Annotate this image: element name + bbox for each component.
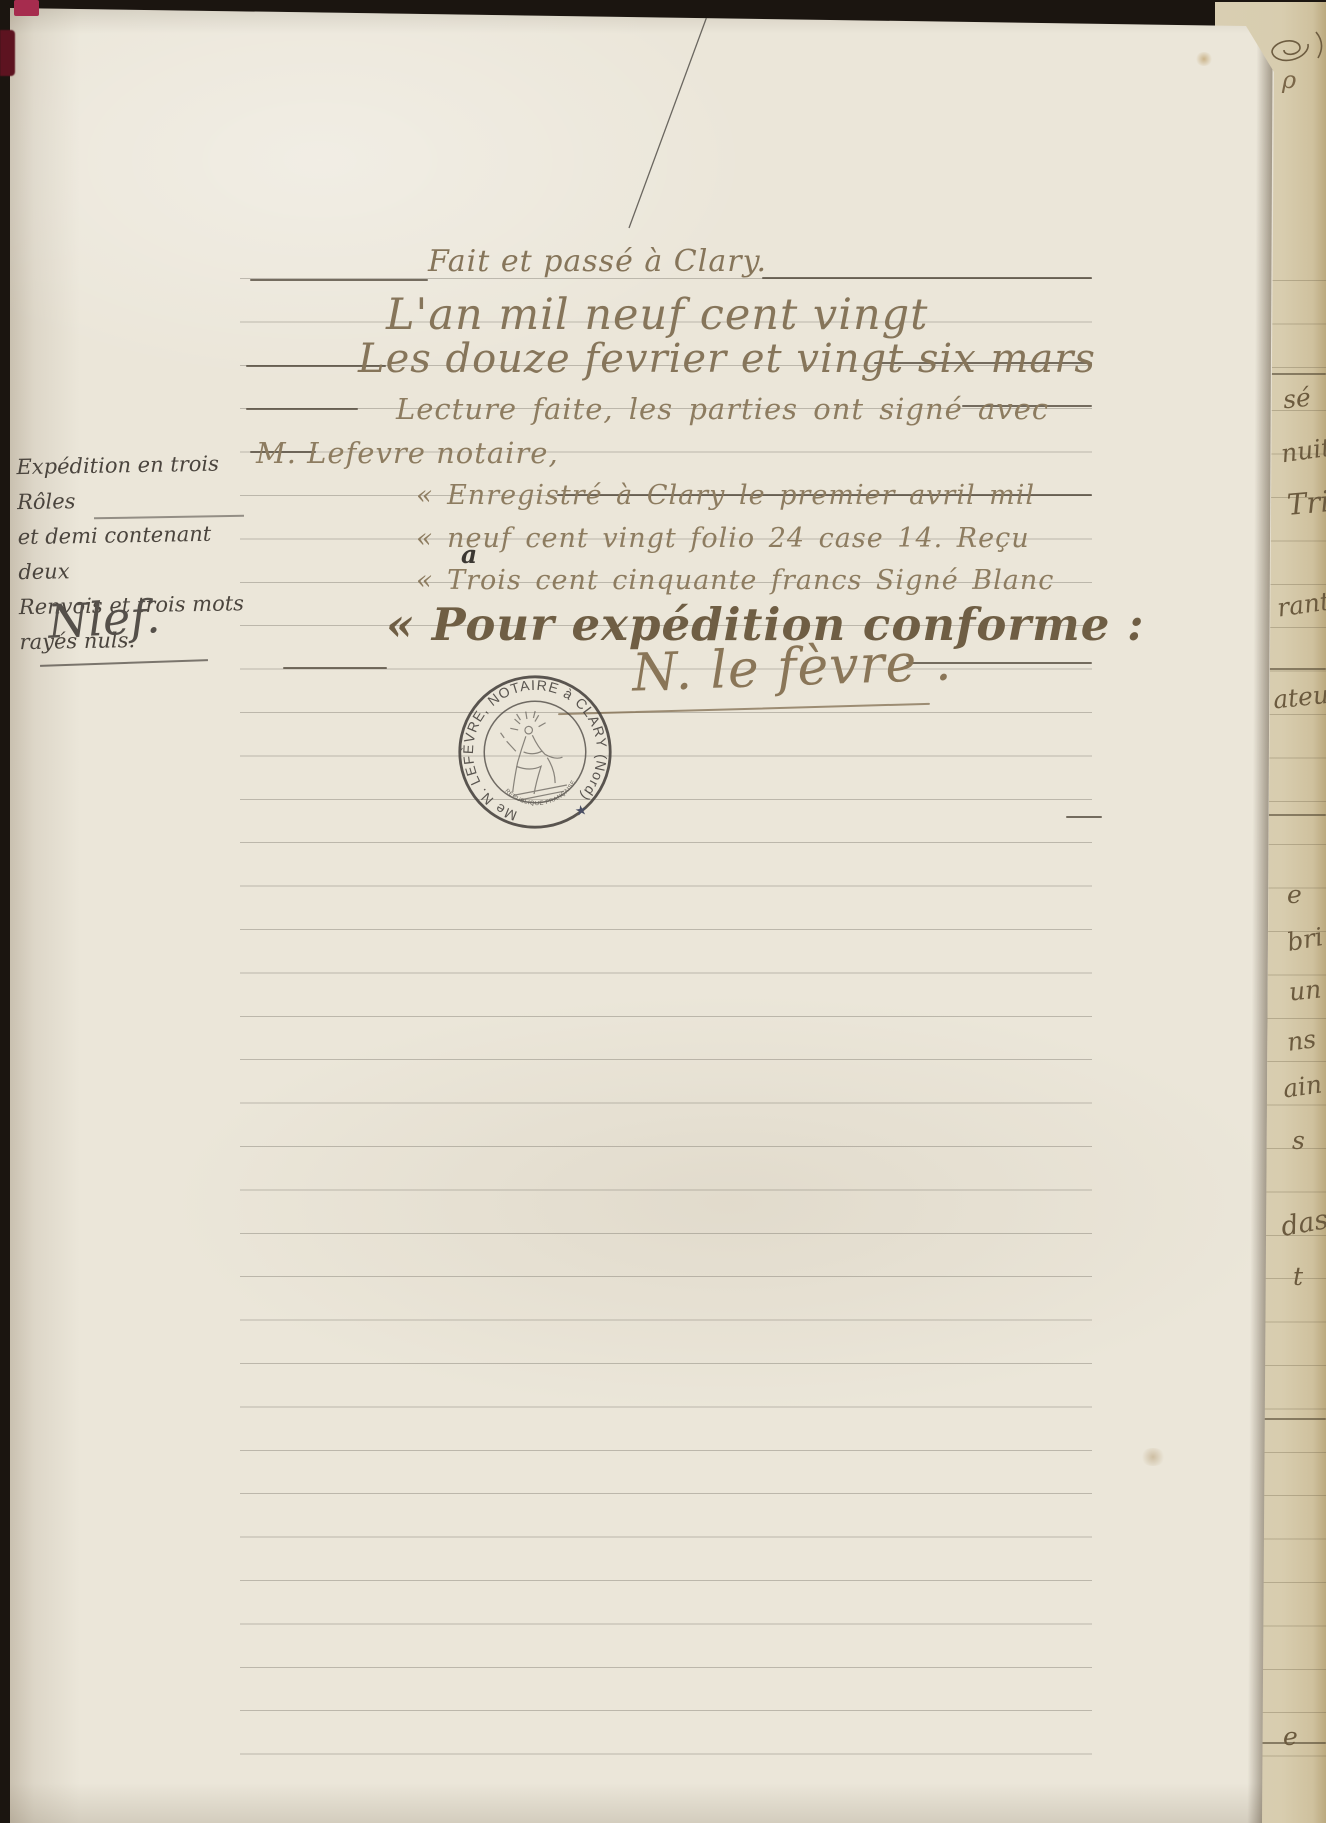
adjacent-text-fragment: e	[1287, 880, 1302, 909]
red-binding-mark	[0, 30, 15, 76]
adjacent-text-fragment: e	[1283, 1722, 1298, 1751]
interline-correction: a	[461, 540, 478, 569]
adjacent-text-fragment: ain	[1281, 1069, 1324, 1103]
body-line: Les douze fevrier et vingt six mars	[358, 336, 1096, 382]
body-line: « Trois cent cinquante francs Signé Blan…	[416, 565, 1054, 596]
body-line: M. Lefevre notaire,	[256, 436, 559, 470]
adjacent-text-fragment: nuit	[1279, 433, 1326, 469]
adjacent-text-fragment: Tri	[1286, 484, 1326, 522]
adjacent-text-fragment: s	[1292, 1126, 1305, 1155]
paper-stain	[1140, 1448, 1166, 1466]
margin-note-line: Expédition en trois Rôles	[16, 446, 262, 520]
body-line: Lecture faite, les parties ont signé ave…	[396, 392, 1049, 426]
stamp-star-icon: ★	[574, 802, 589, 820]
marianne-figure-icon	[498, 707, 568, 801]
body-line: « Enregistré à Clary le premier avril mi…	[416, 480, 1035, 511]
notary-stamp: Me N. LEFÈVRE, NOTAIRE à CLARY (Nord) RÉ…	[427, 644, 642, 859]
adjacent-text-fragment: sé	[1282, 383, 1313, 415]
notary-signature: N. le fèvre .	[631, 632, 953, 703]
adjacent-pen-rule	[1260, 1418, 1326, 1420]
adjacent-text-fragment: ateur	[1272, 679, 1326, 715]
red-binding-mark	[14, 0, 39, 16]
pen-rule-segment	[246, 408, 358, 410]
body-line: « neuf cent vingt folio 24 case 14. Reçu	[416, 523, 1030, 554]
paper-stain	[1195, 52, 1213, 66]
pen-rule-segment	[1066, 816, 1102, 818]
fold-crease-line	[0, 0, 1326, 300]
adjacent-text-fragment: bri	[1285, 922, 1325, 957]
document-page: Fait et passé à Clary. L'an mil neuf cen…	[0, 0, 1326, 1823]
adjacent-text-fragment: un	[1288, 974, 1323, 1006]
margin-paraph-signature: Nlef.	[47, 589, 162, 649]
margin-note-line: et demi contenant deux	[17, 516, 263, 590]
scanned-notary-document: sé nuit Tri rant ateur e bri un ns ain s…	[0, 0, 1326, 1823]
adjacent-text-fragment: ns	[1285, 1024, 1318, 1057]
paraph-underline	[40, 659, 208, 667]
adjacent-text-fragment: t	[1293, 1262, 1303, 1291]
adjacent-paraph: ρ	[1281, 66, 1296, 94]
pen-rule-segment	[283, 667, 387, 669]
